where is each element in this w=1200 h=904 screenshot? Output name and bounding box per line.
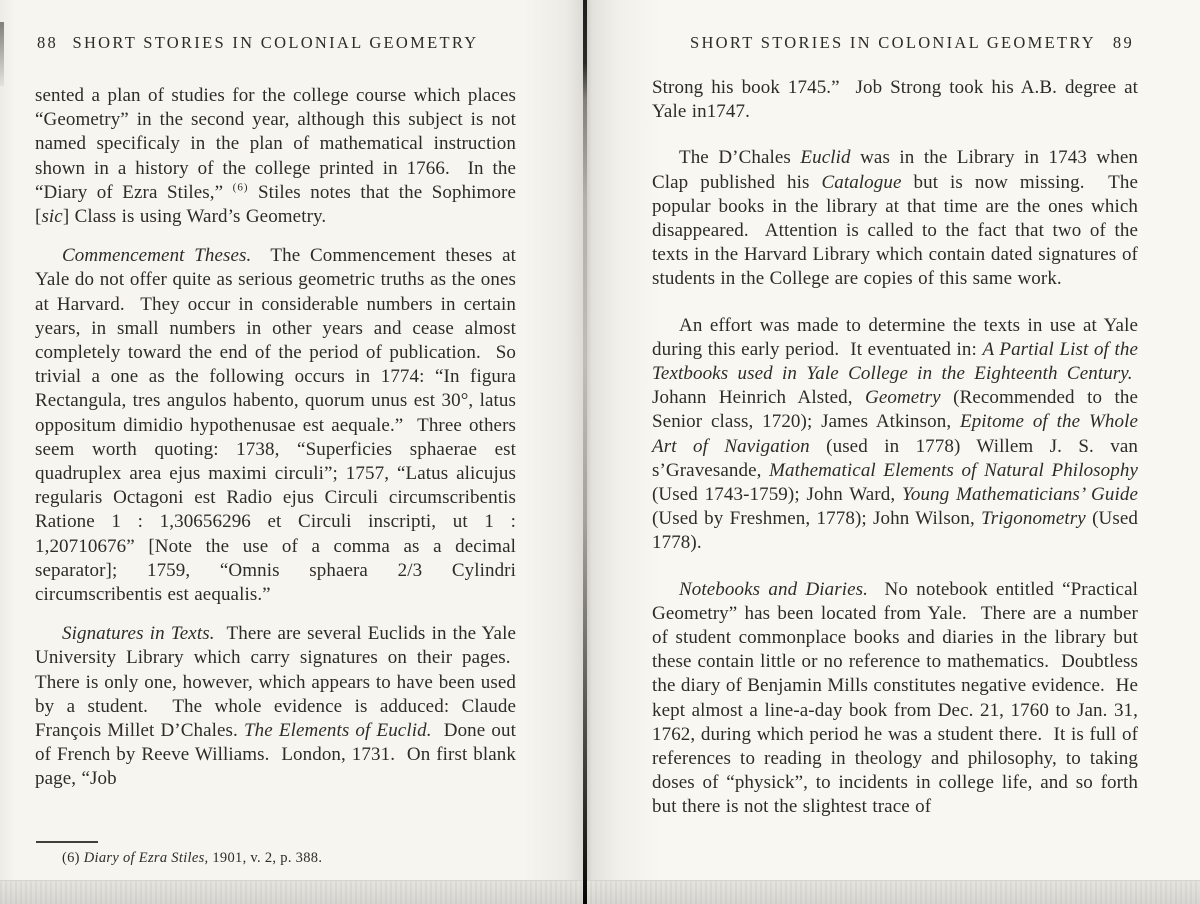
italic-run: Notebooks and Diaries. — [679, 579, 868, 600]
footnote-marker: (6) — [233, 181, 249, 193]
italic-run: The Elements of Euclid. — [244, 720, 432, 741]
page-right-header: SHORT STORIES IN COLONIAL GEOMETRY 89 — [652, 33, 1134, 55]
page-right: SHORT STORIES IN COLONIAL GEOMETRY 89 St… — [585, 0, 1200, 904]
paragraph: The D’Chales Euclid was in the Library i… — [652, 146, 1138, 291]
page-right-body: Strong his book 1745.” Job Strong took h… — [652, 76, 1138, 820]
page-left-header: 88 SHORT STORIES IN COLONIAL GEOMETRY — [35, 33, 516, 55]
text-run: The Commencement theses at Yale do not o… — [35, 245, 516, 605]
text-run: 1901, v. 2, p. 388. — [208, 850, 322, 866]
book-spread: 88 SHORT STORIES IN COLONIAL GEOMETRY se… — [0, 0, 1200, 904]
text-run: (Used by Freshmen, 1778); John Wilson, — [652, 508, 981, 529]
italic-run: Geometry — [865, 387, 941, 408]
paragraph: Strong his book 1745.” Job Strong took h… — [652, 76, 1138, 124]
italic-run: Catalogue — [821, 172, 901, 193]
page-edge-band — [0, 880, 1200, 904]
text-run: Strong his book 1745.” Job Strong took h… — [652, 77, 1138, 122]
paragraph: Notebooks and Diaries. No notebook entit… — [652, 578, 1138, 820]
page-number-right: 89 — [1113, 33, 1134, 53]
paragraph: Commencement Theses. The Commencement th… — [35, 244, 516, 607]
running-title-left: SHORT STORIES IN COLONIAL GEOMETRY — [35, 33, 516, 53]
text-run: The D’Chales — [679, 147, 800, 168]
italic-run: sic — [41, 206, 62, 227]
italic-run: Mathematical Elements of Natural Philoso… — [769, 460, 1138, 481]
text-run: (Used 1743-1759); John Ward, — [652, 484, 902, 505]
page-left-body: sented a plan of studies for the college… — [35, 84, 516, 792]
paragraph: sented a plan of studies for the college… — [35, 84, 516, 229]
italic-run: Young Mathematicians’ Guide — [902, 484, 1138, 505]
italic-run: Euclid — [800, 147, 850, 168]
paragraph: Signatures in Texts. There are several E… — [35, 622, 516, 791]
scan-edge-smudge — [0, 22, 4, 86]
page-number-left: 88 — [37, 33, 58, 53]
gutter-shadow-line — [583, 0, 587, 904]
paragraph: An effort was made to determine the text… — [652, 314, 1138, 556]
text-run: (6) — [62, 850, 84, 866]
italic-run: Diary of Ezra Stiles, — [84, 850, 209, 866]
text-run: No notebook entitled “Practical Geometry… — [652, 579, 1138, 818]
italic-run: Trigonometry — [981, 508, 1086, 529]
page-left: 88 SHORT STORIES IN COLONIAL GEOMETRY se… — [0, 0, 585, 904]
italic-run: Signatures in Texts. — [62, 623, 215, 644]
italic-run: Commencement Theses. — [62, 245, 251, 266]
footnote-text: (6) Diary of Ezra Stiles, 1901, v. 2, p.… — [35, 849, 522, 867]
footnote-rule — [36, 841, 98, 843]
text-run: ] Class is using Ward’s Geometry. — [63, 206, 326, 227]
running-title-right: SHORT STORIES IN COLONIAL GEOMETRY — [652, 33, 1134, 53]
